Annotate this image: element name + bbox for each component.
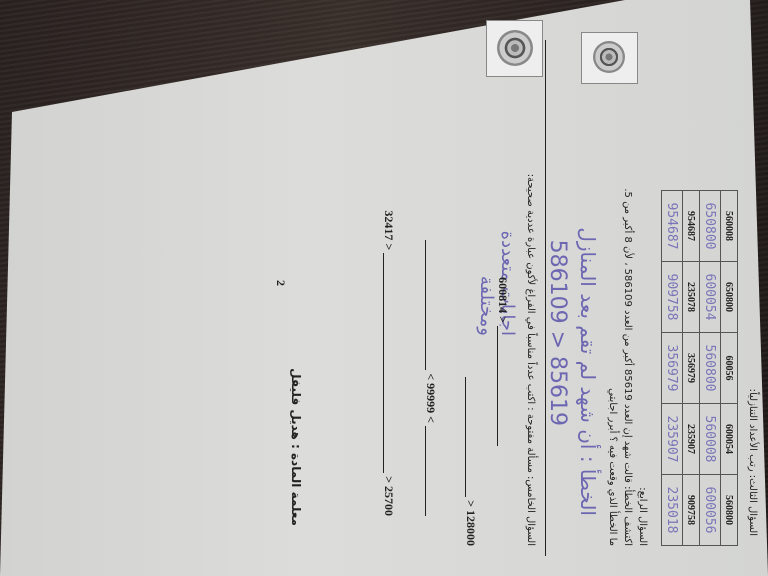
spiral-icon <box>497 30 533 66</box>
answer-blank-3b[interactable] <box>425 426 434 516</box>
row1-answer-3: 560800 <box>700 333 721 404</box>
row1-printed-5: 560800 <box>721 475 738 546</box>
row2-printed-5: 909758 <box>683 475 700 546</box>
question4-title: السؤال الرابع: <box>637 487 648 546</box>
blank-item-2: > 128000 <box>463 377 478 546</box>
section-divider <box>545 40 546 556</box>
row1-answer-1: 650800 <box>700 191 721 262</box>
hammer-icon <box>593 41 625 73</box>
row1-answer-2: 600054 <box>700 262 721 333</box>
row2-answer-1: 954687 <box>662 191 683 262</box>
worksheet-page: السؤال الثالث: رتب الأعداد التنازلياً: 5… <box>0 0 768 576</box>
answer-blank-1[interactable] <box>497 326 506 446</box>
stamp-spiral <box>486 20 543 77</box>
page-number: 2 <box>273 280 288 286</box>
teacher-name: معلمة المادة : هديل فليفل <box>289 368 303 526</box>
blank-item-1: 600814 > <box>495 277 510 446</box>
row1-printed-3: 60056 <box>721 333 738 404</box>
row1-printed-2: 650800 <box>721 262 738 333</box>
question5-title: السؤال الخامس: مسألة مفتوحة : اكتب عدداً… <box>525 174 536 546</box>
answer-blank-2[interactable] <box>465 377 474 497</box>
row2-answer-4: 235907 <box>662 404 683 475</box>
row2-answer-3: 356979 <box>662 333 683 404</box>
row2-printed-4: 235907 <box>683 404 700 475</box>
row2-answer-5: 235018 <box>662 475 683 546</box>
row1-printed-4: 600054 <box>721 404 738 475</box>
answer-blank-3a[interactable] <box>425 240 434 370</box>
question4-answer: الخطأ : أن شهد لم تقم بعد المنازل <box>576 227 600 516</box>
ordering-table: 560008 650800 60056 600054 560800 650800… <box>661 190 738 546</box>
question4-answer-inequality: 586109 > 85619 <box>545 240 570 426</box>
question4-text: اكتشف الخطأ: قالت شهد إن العدد 85619 أكب… <box>622 116 633 546</box>
question3-title: السؤال الثالث: رتب الأعداد التنازلياً: <box>747 389 758 536</box>
row1-printed-1: 560008 <box>721 191 738 262</box>
row1-answer-4: 560008 <box>700 404 721 475</box>
stamp-hammer <box>581 32 638 84</box>
row2-printed-1: 954687 <box>683 191 700 262</box>
question4-prompt: ما الخطأ الذي وقعت فيه ؟ أبرر اجابتي <box>607 388 618 546</box>
row1-answer-5: 600056 <box>700 475 721 546</box>
row2-answer-2: 909758 <box>662 262 683 333</box>
row2-printed-3: 356979 <box>683 333 700 404</box>
blank-item-4: 32417 > > 25700 <box>381 210 396 516</box>
answer-blank-4[interactable] <box>383 253 392 473</box>
blank-item-3: < 99999 < <box>423 240 438 516</box>
row2-printed-2: 235078 <box>683 262 700 333</box>
